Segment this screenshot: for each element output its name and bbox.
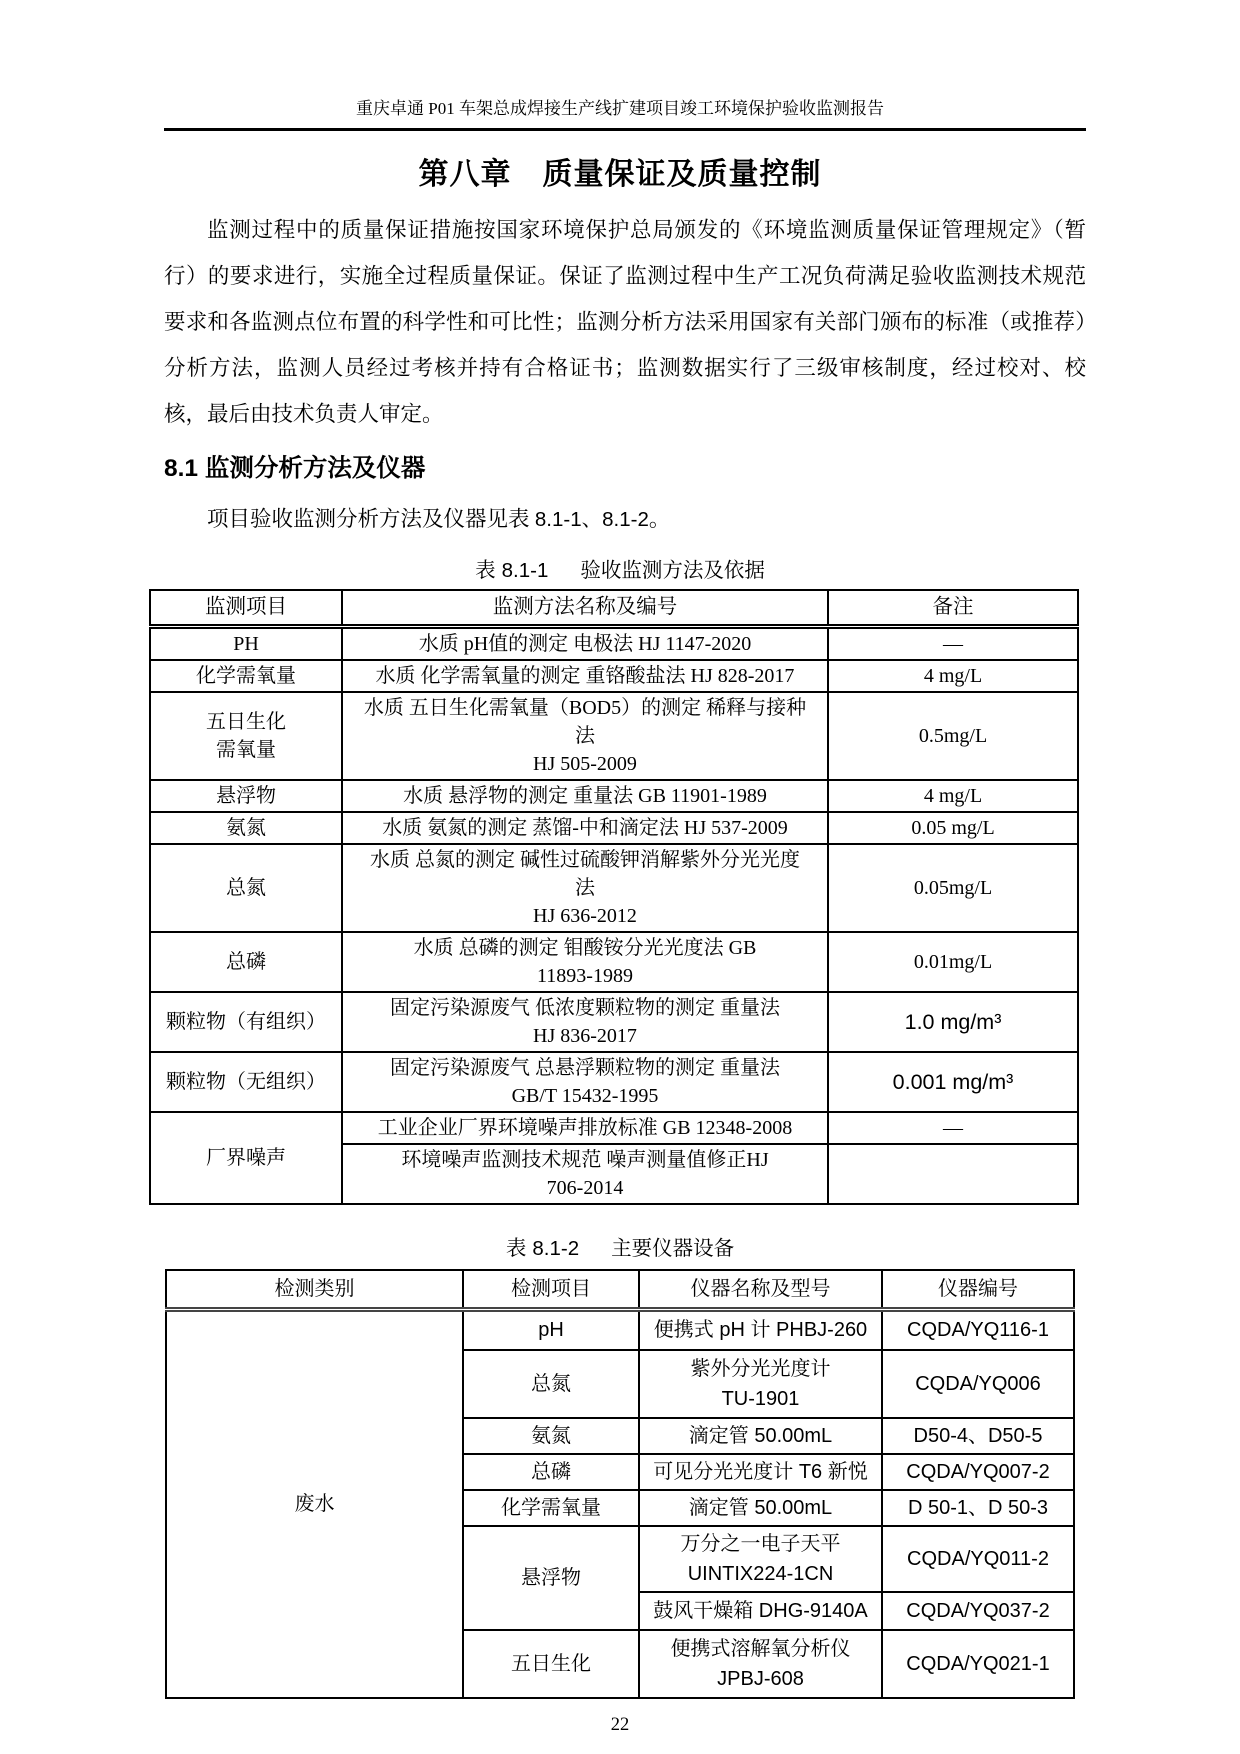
table-row: 氨氮 水质 氨氮的测定 蒸馏-中和滴定法 HJ 537-2009 0.05 mg… <box>150 812 1078 844</box>
table-row: 厂界噪声 工业企业厂界环境噪声排放标准 GB 12348-2008 — <box>150 1112 1078 1144</box>
table-row: 五日生化 需氧量 水质 五日生化需氧量（BOD5）的测定 稀释与接种 法 HJ … <box>150 692 1078 780</box>
table2-header-row: 检测类别 检测项目 仪器名称及型号 仪器编号 <box>166 1270 1074 1310</box>
table1-header-method: 监测方法名称及编号 <box>342 590 828 626</box>
item-cell: 总氮 <box>150 844 342 932</box>
method-cell: 工业企业厂界环境噪声排放标准 GB 12348-2008 <box>342 1112 828 1144</box>
table-row: 化学需氧量 水质 化学需氧量的测定 重铬酸盐法 HJ 828-2017 4 mg… <box>150 660 1078 692</box>
method-cell: 水质 五日生化需氧量（BOD5）的测定 稀释与接种 法 HJ 505-2009 <box>342 692 828 780</box>
instrument-cell: 滴定管 50.00mL <box>639 1418 882 1454</box>
instrument-cell: 紫外分光光度计 TU-1901 <box>639 1350 882 1418</box>
qa-paragraph: 监测过程中的质量保证措施按国家环境保护总局颁发的《环境监测质量保证管理规定》（暂… <box>164 207 1086 437</box>
note-cell: 0.001 mg/m³ <box>828 1052 1078 1112</box>
note-cell: — <box>828 626 1078 660</box>
method-cell: 水质 化学需氧量的测定 重铬酸盐法 HJ 828-2017 <box>342 660 828 692</box>
code-cell: CQDA/YQ037-2 <box>882 1592 1074 1630</box>
item-cell: 五日生化 需氧量 <box>150 692 342 780</box>
note-cell: 0.05mg/L <box>828 844 1078 932</box>
table1-header-row: 监测项目 监测方法名称及编号 备注 <box>150 590 1078 626</box>
table-main-instruments: 检测类别 检测项目 仪器名称及型号 仪器编号 废水 pH 便携式 pH 计 PH… <box>165 1269 1075 1699</box>
header-rule <box>164 128 1086 131</box>
item-cell-noise: 厂界噪声 <box>150 1112 342 1204</box>
running-header: 重庆卓通 P01 车架总成焊接生产线扩建项目竣工环境保护验收监测报告 <box>0 0 1240 119</box>
table2-caption-title: 主要仪器设备 <box>611 1238 734 1260</box>
item-cell: 悬浮物 <box>150 780 342 812</box>
table1-caption-number: 8.1-1 <box>502 559 549 582</box>
table1-caption: 表8.1-1验收监测方法及依据 <box>0 553 1240 583</box>
table-intro-line: 项目验收监测分析方法及仪器见表 8.1-1、8.1-2。 <box>164 502 1086 533</box>
method-cell: 水质 总氮的测定 碱性过硫酸钾消解紫外分光光度 法 HJ 636-2012 <box>342 844 828 932</box>
code-cell: CQDA/YQ007-2 <box>882 1454 1074 1490</box>
table2-caption-prefix: 表 <box>506 1238 527 1260</box>
note-cell: 4 mg/L <box>828 660 1078 692</box>
table-row: PH 水质 pH值的测定 电极法 HJ 1147-2020 — <box>150 626 1078 660</box>
instrument-cell: 滴定管 50.00mL <box>639 1490 882 1526</box>
table1-caption-title: 验收监测方法及依据 <box>580 560 765 582</box>
method-cell: 水质 pH值的测定 电极法 HJ 1147-2020 <box>342 626 828 660</box>
item-cell: 化学需氧量 <box>150 660 342 692</box>
note-cell: 1.0 mg/m³ <box>828 992 1078 1052</box>
code-cell: CQDA/YQ116-1 <box>882 1310 1074 1350</box>
section-heading-8-1: 8.1 监测分析方法及仪器 <box>164 449 1086 484</box>
page-number: 22 <box>0 1715 1240 1736</box>
method-cell: 水质 总磷的测定 钼酸铵分光光度法 GB 11893-1989 <box>342 932 828 992</box>
item-cell: 五日生化 <box>463 1630 639 1698</box>
instrument-cell: 可见分光光度计 T6 新悦 <box>639 1454 882 1490</box>
note-cell: — <box>828 1112 1078 1144</box>
table-row: 颗粒物（无组织） 固定污染源废气 总悬浮颗粒物的测定 重量法 GB/T 1543… <box>150 1052 1078 1112</box>
item-cell: 总氮 <box>463 1350 639 1418</box>
code-cell: CQDA/YQ011-2 <box>882 1526 1074 1592</box>
item-cell: 氨氮 <box>463 1418 639 1454</box>
table-row: 颗粒物（有组织） 固定污染源废气 低浓度颗粒物的测定 重量法 HJ 836-20… <box>150 992 1078 1052</box>
method-cell: 固定污染源废气 总悬浮颗粒物的测定 重量法 GB/T 15432-1995 <box>342 1052 828 1112</box>
intro-text: 项目验收监测分析方法及仪器见表 <box>207 507 530 531</box>
item-cell: 颗粒物（有组织） <box>150 992 342 1052</box>
table1-caption-prefix: 表 <box>475 560 496 582</box>
method-cell: 水质 悬浮物的测定 重量法 GB 11901-1989 <box>342 780 828 812</box>
table-monitoring-methods: 监测项目 监测方法名称及编号 备注 PH 水质 pH值的测定 电极法 HJ 11… <box>149 589 1079 1205</box>
item-cell: 化学需氧量 <box>463 1490 639 1526</box>
item-cell: 颗粒物（无组织） <box>150 1052 342 1112</box>
note-cell: 0.5mg/L <box>828 692 1078 780</box>
note-cell: 0.05 mg/L <box>828 812 1078 844</box>
item-cell: PH <box>150 626 342 660</box>
table2-caption-number: 8.1-2 <box>532 1237 579 1260</box>
item-cell: 氨氮 <box>150 812 342 844</box>
table1-header-item: 监测项目 <box>150 590 342 626</box>
note-cell: 0.01mg/L <box>828 932 1078 992</box>
table-row: 废水 pH 便携式 pH 计 PHBJ-260 CQDA/YQ116-1 <box>166 1310 1074 1350</box>
code-cell: CQDA/YQ021-1 <box>882 1630 1074 1698</box>
instrument-cell: 鼓风干燥箱 DHG-9140A <box>639 1592 882 1630</box>
method-cell: 固定污染源废气 低浓度颗粒物的测定 重量法 HJ 836-2017 <box>342 992 828 1052</box>
item-cell-suspended-solids: 悬浮物 <box>463 1526 639 1630</box>
intro-table-refs: 8.1-1、8.1-2 <box>535 508 649 531</box>
method-cell: 水质 氨氮的测定 蒸馏-中和滴定法 HJ 537-2009 <box>342 812 828 844</box>
instrument-cell: 万分之一电子天平 UINTIX224-1CN <box>639 1526 882 1592</box>
item-cell: pH <box>463 1310 639 1350</box>
instrument-cell: 便携式 pH 计 PHBJ-260 <box>639 1310 882 1350</box>
table2-header-code: 仪器编号 <box>882 1270 1074 1310</box>
table2-caption: 表8.1-2主要仪器设备 <box>0 1231 1240 1261</box>
item-cell: 总磷 <box>150 932 342 992</box>
category-cell-wastewater: 废水 <box>166 1310 463 1698</box>
table2-header-instrument: 仪器名称及型号 <box>639 1270 882 1310</box>
code-cell: D50-4、D50-5 <box>882 1418 1074 1454</box>
table-row: 总磷 水质 总磷的测定 钼酸铵分光光度法 GB 11893-1989 0.01m… <box>150 932 1078 992</box>
item-cell: 总磷 <box>463 1454 639 1490</box>
note-cell <box>828 1144 1078 1204</box>
table-row: 悬浮物 水质 悬浮物的测定 重量法 GB 11901-1989 4 mg/L <box>150 780 1078 812</box>
table2-header-item: 检测项目 <box>463 1270 639 1310</box>
intro-end: 。 <box>649 507 671 531</box>
chapter-title: 第八章 质量保证及质量控制 <box>0 149 1240 193</box>
table1-header-note: 备注 <box>828 590 1078 626</box>
report-page: 重庆卓通 P01 车架总成焊接生产线扩建项目竣工环境保护验收监测报告 第八章 质… <box>0 0 1240 1754</box>
note-cell: 4 mg/L <box>828 780 1078 812</box>
instrument-cell: 便携式溶解氧分析仪 JPBJ-608 <box>639 1630 882 1698</box>
table-row: 总氮 水质 总氮的测定 碱性过硫酸钾消解紫外分光光度 法 HJ 636-2012… <box>150 844 1078 932</box>
code-cell: CQDA/YQ006 <box>882 1350 1074 1418</box>
code-cell: D 50-1、D 50-3 <box>882 1490 1074 1526</box>
method-cell: 环境噪声监测技术规范 噪声测量值修正HJ 706-2014 <box>342 1144 828 1204</box>
table2-header-category: 检测类别 <box>166 1270 463 1310</box>
